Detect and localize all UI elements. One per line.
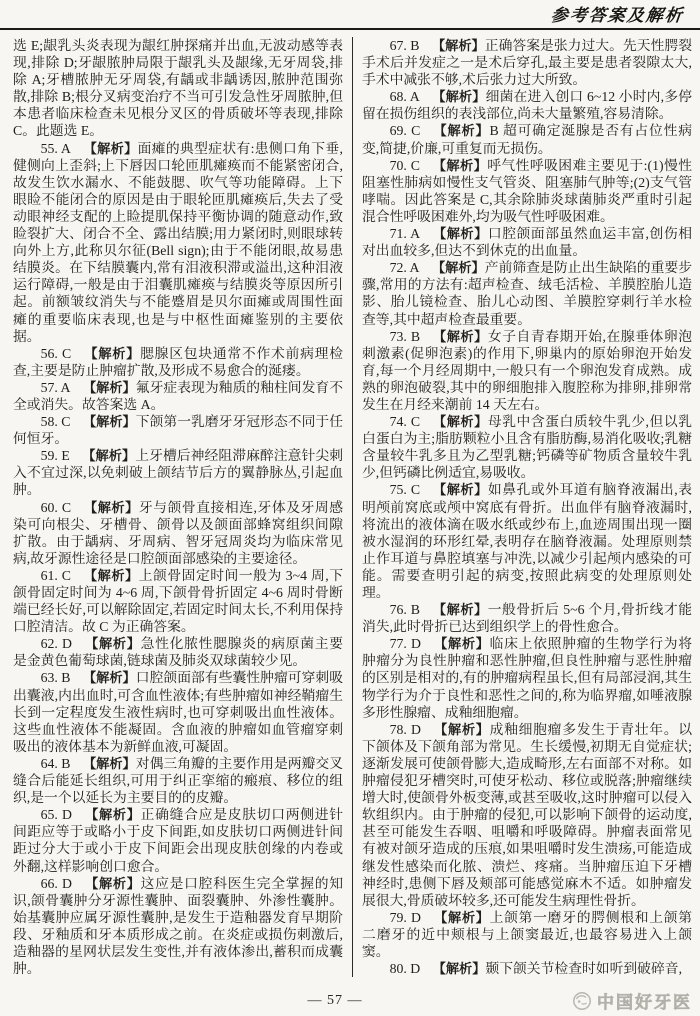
analysis-label: 【解析】	[83, 756, 136, 771]
answer-number: 60. C	[41, 500, 71, 515]
analysis-label: 【解析】	[432, 158, 487, 173]
answer-number: 61. C	[41, 568, 71, 583]
right-column: 67. B【解析】正确答案是张力过大。先天性腭裂手术后并发症之一是术后穿孔,最主…	[352, 37, 692, 977]
answer-number: 78. D	[390, 722, 421, 737]
left-column: 选 E;龈乳头炎表现为龈红肿探痛并出血,无波动感等表现,排除 D;牙龈脓肿局限于…	[13, 37, 352, 977]
answer-item-69: 69. C【解析】B 超可确定涎腺是否有占位性病变,简捷,价廉,可重复而无损伤。	[362, 122, 692, 156]
analysis-label: 【解析】	[433, 123, 490, 138]
answer-number: 77. D	[390, 636, 421, 651]
analysis-label: 【解析】	[432, 602, 487, 617]
analysis-label: 【解析】	[83, 414, 136, 429]
answer-item-66: 66. D【解析】这应是口腔科医生完全掌握的知识,颌骨囊肿分牙源性囊肿、面裂囊肿…	[13, 875, 343, 978]
answer-number: 67. B	[390, 38, 420, 53]
answer-number: 71. A	[390, 226, 420, 241]
answer-number: 75. C	[390, 482, 420, 497]
answer-item-57: 57. A【解析】氟牙症表现为釉质的釉柱间发育不全或消失。故答案选 A。	[13, 379, 343, 413]
watermark: 中国好牙医	[571, 988, 692, 1013]
answer-item-74: 74. C【解析】母乳中含蛋白质较牛乳少,但以乳白蛋白为主;脂肪颗粒小且含有脂肪…	[362, 413, 692, 481]
analysis-label: 【解析】	[433, 636, 489, 651]
document-page: 参考答案及解析 选 E;龈乳头炎表现为龈红肿探痛并出血,无波动感等表现,排除 D…	[0, 0, 700, 1016]
analysis-label: 【解析】	[83, 141, 137, 156]
answer-number: 58. C	[41, 414, 71, 429]
answer-number: 62. D	[41, 636, 72, 651]
watermark-text: 中国好牙医	[597, 988, 692, 1013]
answer-number: 56. C	[41, 346, 72, 361]
answer-item-59: 59. E【解析】上牙槽后神经阻滞麻醉注意针尖刺入不宜过深,以免刺破上颌结节后方…	[13, 447, 343, 498]
answer-number: 69. C	[390, 123, 421, 138]
analysis-label: 【解析】	[432, 226, 487, 241]
answer-item-62: 62. D【解析】急性化脓性腮腺炎的病原菌主要是金黄色葡萄球菌,链球菌及肺炎双球…	[13, 635, 343, 669]
answer-number: 76. B	[390, 602, 420, 617]
answer-number: 65. D	[41, 807, 72, 822]
analysis-label: 【解析】	[84, 346, 140, 361]
answer-number: 74. C	[390, 414, 420, 429]
answer-number: 72. A	[390, 260, 420, 275]
analysis-label: 【解析】	[84, 636, 140, 651]
answer-item-79: 79. D【解析】上颌第一磨牙的腭侧根和上颌第二磨牙的近中颊根与上颌窦最近,也最…	[362, 909, 692, 960]
answer-item-67: 67. B【解析】正确答案是张力过大。先天性腭裂手术后并发症之一是术后穿孔,最主…	[362, 37, 692, 88]
analysis-label: 【解析】	[433, 722, 489, 737]
answer-number: 57. A	[41, 380, 71, 395]
answer-item-65: 65. D【解析】正确缝合应是皮肤切口两侧进针间距应等于或略小于皮下间距,如皮肤…	[13, 806, 343, 874]
page-title: 参考答案及解析	[550, 1, 686, 26]
answer-item-58: 58. C【解析】下颌第一乳磨牙牙冠形态不同于任何恒牙。	[13, 413, 343, 447]
answer-item-56: 56. C【解析】腮腺区包块通常不作术前病理检查,主要是防止肿瘤扩散,及形成不易…	[13, 345, 343, 379]
answer-item-80: 80. D【解析】颞下颌关节检查时如听到破碎音,	[362, 960, 692, 977]
answer-item-64: 64. B【解析】对偶三角瓣的主要作用是两瓣交叉缝合后能延长组织,可用于纠正挛缩…	[13, 755, 343, 806]
analysis-label: 【解析】	[84, 807, 140, 822]
analysis-label: 【解析】	[83, 380, 136, 395]
analysis-label: 【解析】	[432, 414, 487, 429]
answer-number: 64. B	[41, 756, 71, 771]
answer-number: 70. C	[390, 158, 420, 173]
answer-item-78: 78. D【解析】成釉细胞瘤多发生于青壮年。以下颌体及下颌角部为常见。生长缓慢,…	[362, 721, 692, 909]
swirl-logo-icon	[571, 990, 593, 1012]
answer-item-60: 60. C【解析】牙与颌骨直接相连,牙体及牙周感染可向根尖、牙槽骨、颌骨以及颌面…	[13, 499, 343, 567]
answer-number: 66. D	[41, 876, 72, 891]
answer-continuation: 选 E;龈乳头炎表现为龈红肿探痛并出血,无波动感等表现,排除 D;牙龈脓肿局限于…	[13, 37, 343, 140]
answer-number: 55. A	[41, 141, 71, 156]
answer-item-77: 77. D【解析】临床上依照肿瘤的生物学行为将肿瘤分为良性肿瘤和恶性肿瘤,但良性…	[362, 635, 692, 720]
answer-number: 80. D	[390, 961, 421, 976]
page-number: — 57 —	[0, 993, 670, 1009]
analysis-label: 【解析】	[433, 910, 489, 925]
answer-item-72: 72. A【解析】产前筛查是防止出生缺陷的重要步骤,常用的方法有:超声检查、绒毛…	[362, 259, 692, 327]
answer-item-73: 73. B【解析】女子自青春期开始,在腺垂体卵泡刺激素(促卵泡素)的作用下,卵巢…	[362, 328, 692, 413]
answer-item-76: 76. B【解析】一般骨折后 5~6 个月,骨折线才能消失,此时骨折已达到组织学…	[362, 601, 692, 635]
analysis-label: 【解析】	[432, 38, 485, 53]
answer-content: 选 E;龈乳头炎表现为龈红肿探痛并出血,无波动感等表现,排除 D;牙龈脓肿局限于…	[0, 30, 700, 977]
analysis-label: 【解析】	[432, 482, 487, 497]
analysis-label: 【解析】	[83, 568, 138, 583]
answer-item-61: 61. C【解析】上颌骨固定时间一般为 3~4 周,下颌骨固定时间为 4~6 周…	[13, 567, 343, 635]
analysis-label: 【解析】	[84, 876, 140, 891]
page-footer: — 57 — 中国好牙医	[0, 986, 700, 1016]
analysis-label: 【解析】	[83, 500, 138, 515]
answer-number: 79. D	[390, 910, 421, 925]
answer-number: 63. B	[41, 670, 71, 685]
answer-number: 59. E	[41, 448, 70, 463]
analysis-label: 【解析】	[432, 260, 485, 275]
analysis-label: 【解析】	[82, 448, 135, 463]
answer-item-55: 55. A【解析】面瘫的典型症状有:患侧口角下垂,健侧向上歪斜;上下唇因口轮匝肌…	[13, 140, 343, 345]
analysis-label: 【解析】	[432, 89, 486, 104]
answer-item-71: 71. A【解析】口腔颌面部虽然血运丰富,创伤相对出血较多,但达不到休克的出血量…	[362, 225, 692, 259]
analysis-label: 【解析】	[432, 329, 487, 344]
analysis-label: 【解析】	[433, 961, 486, 976]
answer-item-68: 68. A【解析】细菌在进入创口 6~12 小时内,多停留在损伤组织的表浅部位,…	[362, 88, 692, 122]
answer-item-70: 70. C【解析】呼气性呼吸困难主要见于:(1)慢性阻塞性肺病如慢性支气管炎、阻…	[362, 157, 692, 225]
answer-item-63: 63. B【解析】口腔颌面部有些囊性肿瘤可穿刺吸出囊液,内出血时,可含血性液体;…	[13, 669, 343, 754]
page-header: 参考答案及解析	[0, 0, 700, 28]
answer-number: 68. A	[390, 89, 420, 104]
analysis-label: 【解析】	[83, 670, 136, 685]
answer-item-75: 75. C【解析】如鼻孔或外耳道有脑脊液漏出,表明颅前窝底或颅中窝底有骨折。出血…	[362, 481, 692, 601]
answer-number: 73. B	[390, 329, 420, 344]
